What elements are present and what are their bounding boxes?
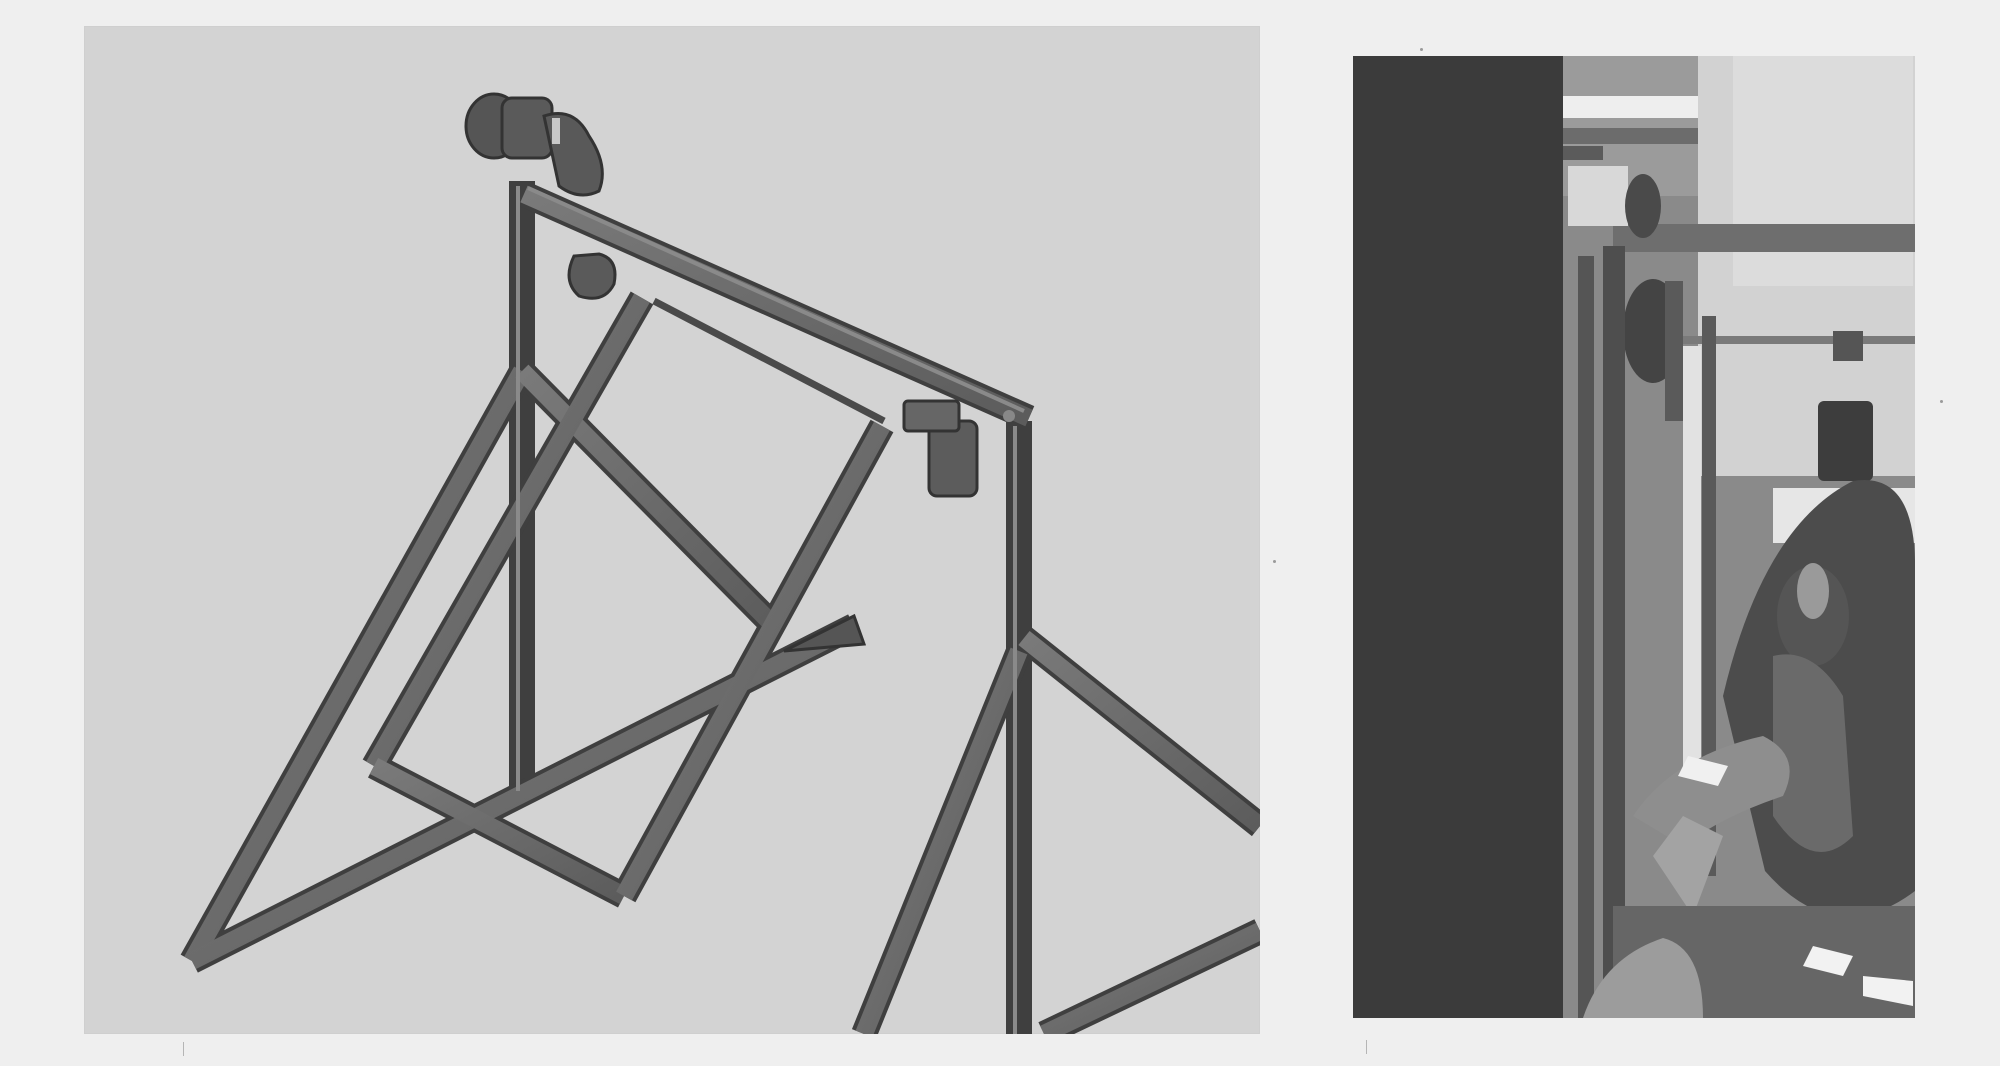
photograph-panel — [1353, 56, 1915, 1018]
frame-structure-drawing — [84, 26, 1260, 1034]
scan-mark — [1366, 1040, 1367, 1054]
motor-gearbox-icon — [466, 94, 602, 195]
scan-mark — [183, 1042, 184, 1056]
scan-speck — [1940, 400, 1943, 403]
scan-speck — [1420, 48, 1423, 51]
rig-photo — [1353, 56, 1915, 1018]
cad-rendering-panel — [84, 26, 1260, 1034]
scan-speck — [1273, 560, 1276, 563]
